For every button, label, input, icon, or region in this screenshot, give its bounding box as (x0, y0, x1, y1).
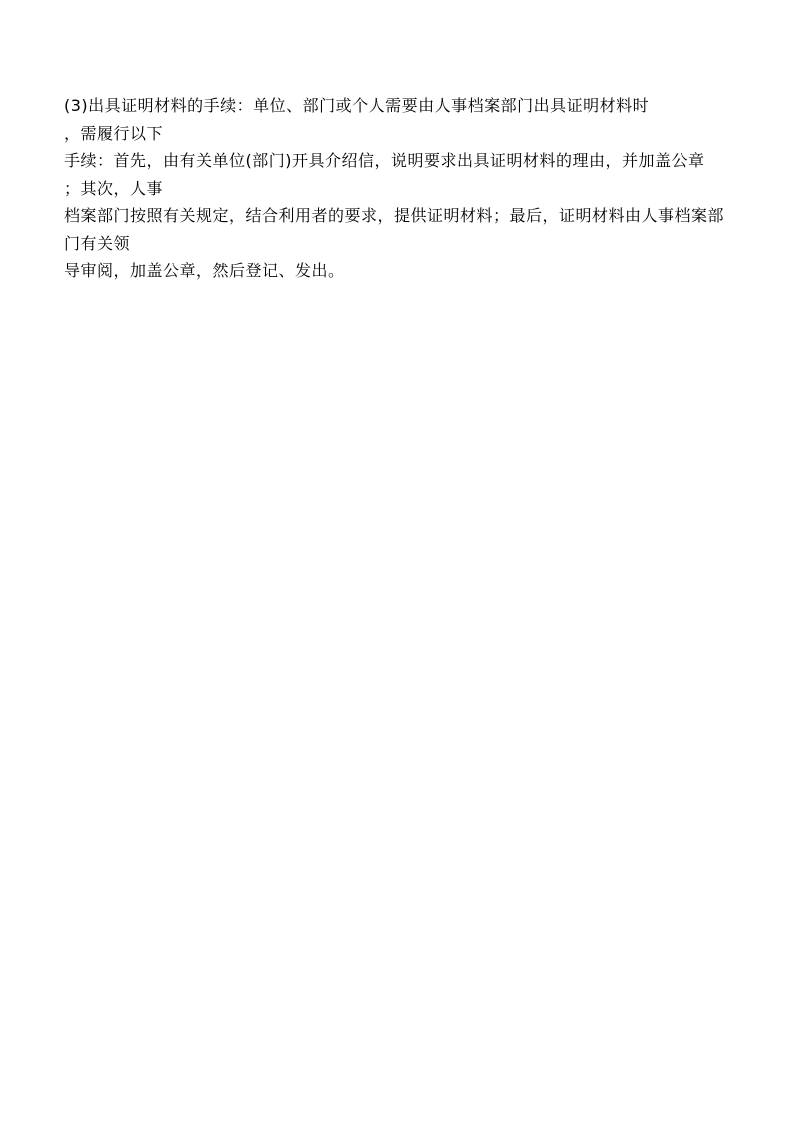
text-line: ；其次，人事 (64, 175, 732, 203)
paragraph-block: (3)出具证明材料的手续：单位、部门或个人需要由人事档案部门出具证明材料时 ，需… (64, 92, 732, 285)
text-line: 手续：首先，由有关单位(部门)开具介绍信，说明要求出具证明材料的理由，并加盖公章 (64, 147, 732, 175)
text-line: 门有关领 (64, 230, 732, 258)
text-line: ，需履行以下 (64, 120, 732, 148)
text-line: (3)出具证明材料的手续：单位、部门或个人需要由人事档案部门出具证明材料时 (64, 92, 732, 120)
text-line: 档案部门按照有关规定，结合利用者的要求，提供证明材料；最后，证明材料由人事档案部 (64, 202, 732, 230)
text-line: 导审阅，加盖公章，然后登记、发出。 (64, 257, 732, 285)
document-page: (3)出具证明材料的手续：单位、部门或个人需要由人事档案部门出具证明材料时 ，需… (0, 0, 794, 1123)
